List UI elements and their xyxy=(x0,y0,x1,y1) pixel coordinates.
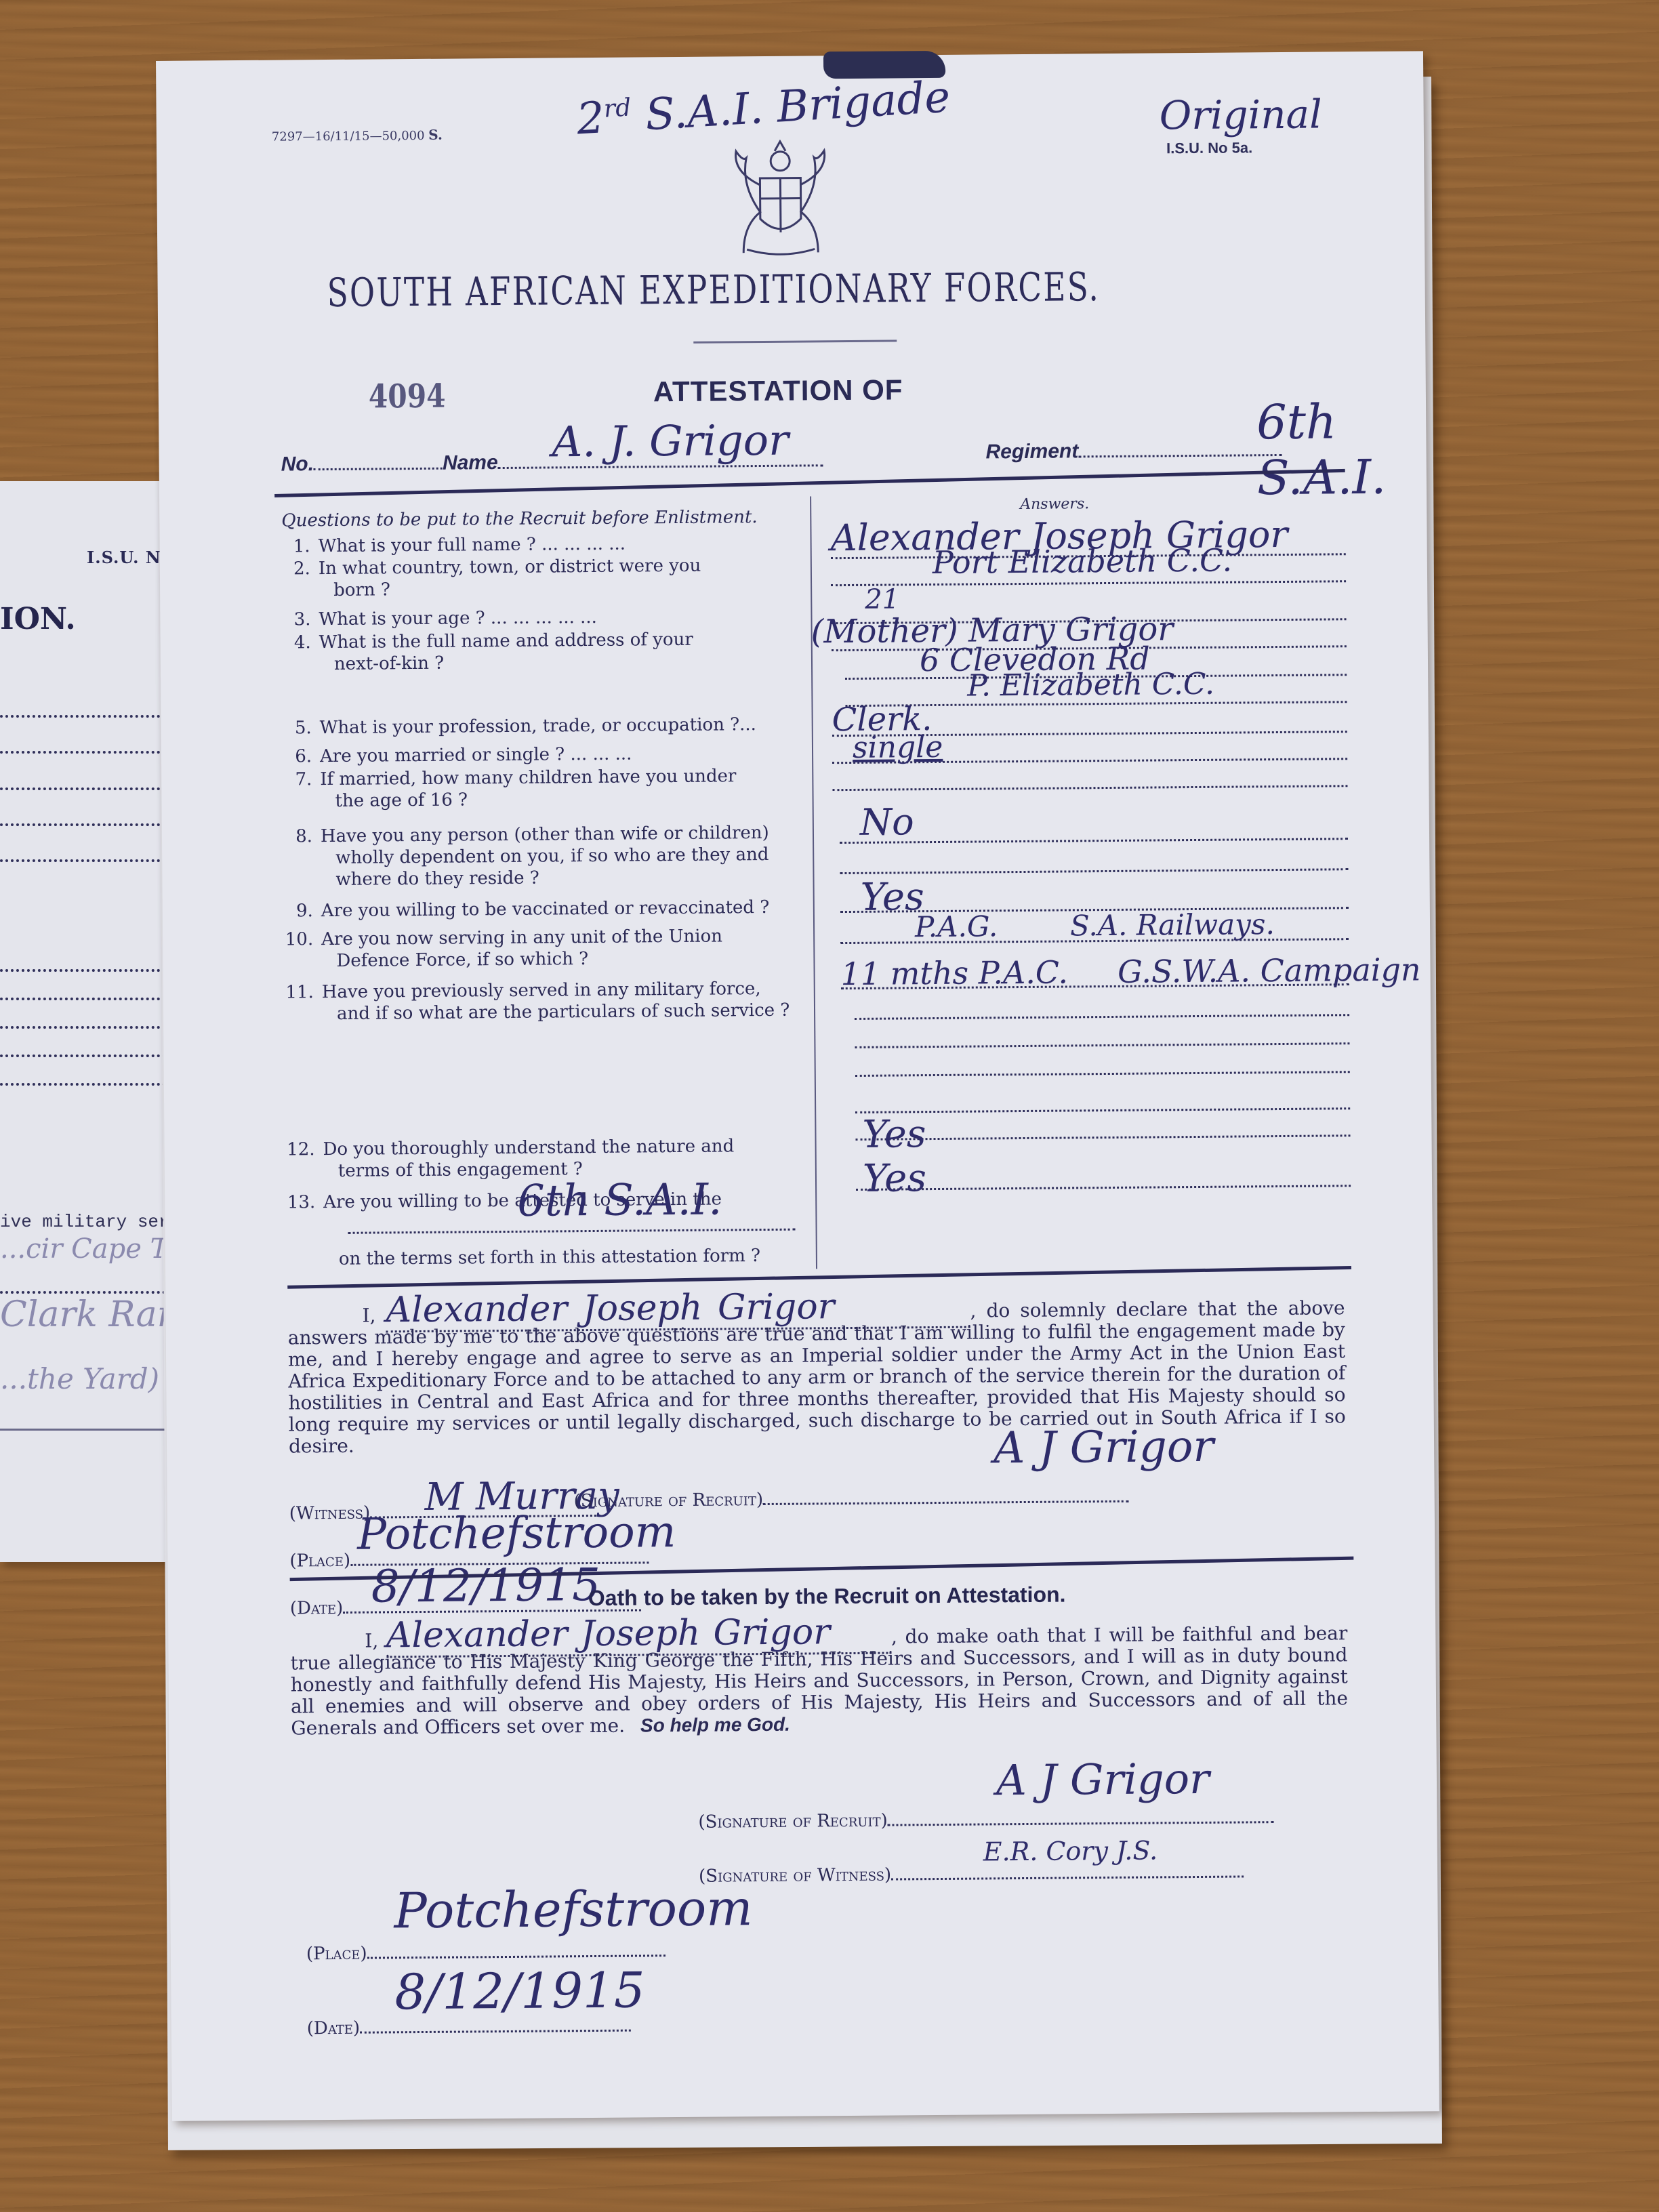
coat-of-arms-icon xyxy=(719,130,842,260)
answer-2: Port Elizabeth C.C. xyxy=(933,542,1233,581)
attestation-form: 7297—16/11/15—50,000 S. 2rd S.A.I. Briga… xyxy=(156,51,1439,2121)
answer-line xyxy=(831,580,1346,586)
witness-signature-2: E.R. Cory J.S. xyxy=(983,1835,1158,1866)
question-5: 5.What is your profession, trade, or occ… xyxy=(283,714,798,739)
place-value-1: Potchefstroom xyxy=(357,1507,676,1560)
witness-signature-field: (Signature of Witness) xyxy=(699,1862,1244,1886)
question-7: 7.If married, how many children have you… xyxy=(283,765,798,813)
regiment-value: 6th S.A.I. xyxy=(1256,393,1427,506)
answer-line xyxy=(855,1071,1350,1077)
oath-recruit-signature-field: (Signature of Recruit) xyxy=(698,1807,1274,1832)
question-4: 4.What is the full name and address of y… xyxy=(283,628,798,676)
heavy-rule xyxy=(287,1266,1351,1289)
date-value-2: 8/12/1915 xyxy=(394,1961,645,2020)
organization-title: SOUTH AFRICAN EXPEDITIONARY FORCES. xyxy=(327,264,1067,316)
answer-10: P.A.G. S.A. Railways. xyxy=(915,907,1275,943)
answer-line xyxy=(840,868,1348,874)
answer-line xyxy=(855,1014,1349,1020)
answer-12: Yes xyxy=(862,1112,926,1157)
question-2: 2.In what country, town, or district wer… xyxy=(282,554,797,602)
recruit-signature-2: A J Grigor xyxy=(996,1754,1210,1805)
place-field-2: (Place) xyxy=(306,1941,665,1964)
answer-6: single xyxy=(853,730,943,765)
question-1: 1.What is your full name ? ... ... ... .… xyxy=(282,532,797,558)
questions-header: Questions to be put to the Recruit befor… xyxy=(281,507,758,531)
date-value-1: 8/12/1915 xyxy=(371,1559,600,1613)
answer-line xyxy=(855,1042,1349,1048)
question-3: 3.What is your age ? ... ... ... ... ... xyxy=(282,605,797,631)
stamp-number: 4094 xyxy=(369,377,446,416)
oath-text: I, Alexander Joseph Grigor, do make oath… xyxy=(290,1617,1348,1739)
answer-line xyxy=(856,1185,1351,1191)
question-10: 10.Are you now serving in any unit of th… xyxy=(285,925,800,972)
answer-4-line3: P. Elizabeth C.C. xyxy=(967,667,1214,703)
place-value-2: Potchefstroom xyxy=(394,1879,753,1939)
question-12: 12.Do you thoroughly understand the natu… xyxy=(286,1135,801,1183)
question-11: 11.Have you previously served in any mil… xyxy=(285,978,800,1025)
answers-header: Answers. xyxy=(1020,495,1089,513)
left-handwriting-3: ...the Yard) xyxy=(0,1362,159,1395)
question-6: 6.Are you married or single ? ... ... ..… xyxy=(283,742,798,768)
answer-3: 21 xyxy=(865,583,899,615)
answer-8: No xyxy=(860,800,914,844)
regiment-field: Regiment xyxy=(985,438,1282,464)
print-code: 7297—16/11/15—50,000 S. xyxy=(272,127,443,144)
left-title-fragment: ION. xyxy=(0,602,76,636)
form-number: I.S.U. No 5a. xyxy=(1166,139,1252,157)
answer-13: Yes xyxy=(863,1156,926,1201)
answer-line xyxy=(840,838,1348,844)
question-9: 9.Are you willing to be vaccinated or re… xyxy=(285,897,800,922)
oath-closing: So help me God. xyxy=(631,1714,790,1736)
answer-line xyxy=(856,1134,1351,1141)
question-8: 8.Have you any person (other than wife o… xyxy=(284,822,800,891)
answer-line xyxy=(832,785,1347,791)
answer-13-inline: 6th S.A.I. xyxy=(517,1174,722,1226)
answer-line xyxy=(855,1107,1350,1113)
name-value: A. J. Grigor xyxy=(552,415,789,467)
form-title: ATTESTATION OF xyxy=(653,373,903,408)
oath-title: Oath to be taken by the Recruit on Attes… xyxy=(588,1582,1066,1612)
title-rule xyxy=(693,340,897,343)
handwritten-original: Original xyxy=(1159,91,1322,138)
name-label: Name xyxy=(443,451,498,474)
recruit-signature-1: A J Grigor xyxy=(994,1422,1214,1474)
answer-11: 11 mths P.A.C. G.S.W.A. Campaign xyxy=(840,951,1420,992)
